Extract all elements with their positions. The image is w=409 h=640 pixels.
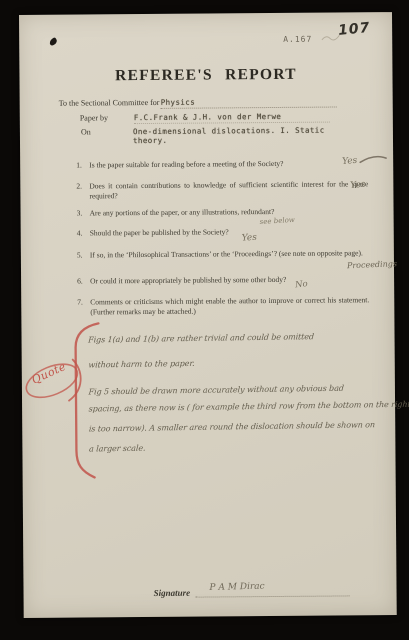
report-title: REFEREE'S REPORT xyxy=(19,65,392,86)
question-3-text: Are any portions of the paper, or any il… xyxy=(90,206,369,218)
answer-q5-handwritten: Proceedings xyxy=(347,259,397,270)
question-4-text: Should the paper be published by the Soc… xyxy=(90,226,369,238)
red-quote-note: Quote xyxy=(30,360,68,387)
question-4-number: 4. xyxy=(77,229,83,239)
paper-by-value: F.C.Frank & J.H. von der Merwe xyxy=(134,112,330,125)
question-2: 2. Does it contain contributions to know… xyxy=(76,179,368,202)
committee-label: To the Sectional Committee for xyxy=(59,98,160,108)
question-4: 4. Should the paper be published by the … xyxy=(77,226,369,238)
paper-title-value: One-dimensional dislocations. I. Static … xyxy=(133,125,359,146)
comment-line: is too narrow). A smaller area round the… xyxy=(89,420,376,433)
question-7: 7. Comments or criticisms which might en… xyxy=(77,295,369,318)
ink-blot-mark xyxy=(48,37,58,47)
question-6: 6. Or could it more appropriately be pub… xyxy=(77,274,369,286)
comment-line: spacing, as there now is ( for example t… xyxy=(88,400,409,414)
committee-value: Physics xyxy=(161,97,337,109)
question-1: 1. Is the paper suitable for reading bef… xyxy=(76,158,368,170)
signature-label: Signature xyxy=(154,588,191,598)
comment-line: Fig 5 should be drawn more accurately wi… xyxy=(88,384,344,397)
comment-line: Figs 1(a) and 1(b) are rather trivial an… xyxy=(88,332,314,344)
question-7-number: 7. xyxy=(77,298,83,308)
question-3: 3. Are any portions of the paper, or any… xyxy=(77,206,369,218)
question-6-number: 6. xyxy=(77,277,83,287)
paper-by-label: Paper by xyxy=(80,113,108,122)
question-5-text: If so, in the ‘Philosophical Transaction… xyxy=(90,248,369,260)
question-5: 5. If so, in the ‘Philosophical Transact… xyxy=(77,248,369,260)
reference-number: A.167 xyxy=(283,35,312,44)
red-bracket-mark xyxy=(75,323,99,477)
question-2-text: Does it contain contributions to knowled… xyxy=(89,179,368,201)
answer-q6-handwritten: No xyxy=(295,279,308,290)
answer-q2-handwritten: Yes xyxy=(350,180,366,192)
answer-q3-handwritten: see below xyxy=(259,216,295,226)
question-3-number: 3. xyxy=(77,209,83,219)
on-label: On xyxy=(81,127,91,136)
red-paren-mark xyxy=(69,360,81,401)
question-2-number: 2. xyxy=(76,182,82,192)
answer-q1-handwritten: Yes xyxy=(342,156,358,167)
comment-line: a larger scale. xyxy=(89,444,146,454)
question-7-text: Comments or criticisms which might enabl… xyxy=(90,295,369,317)
referee-report-page: A.167 107 REFEREE'S REPORT To the Sectio… xyxy=(19,12,397,618)
comment-line: without harm to the paper. xyxy=(88,359,195,370)
handwritten-page-number: 107 xyxy=(337,20,371,39)
answer-q4-handwritten: Yes xyxy=(241,233,257,244)
question-1-text: Is the paper suitable for reading before… xyxy=(89,158,368,170)
question-5-number: 5. xyxy=(77,251,83,261)
question-6-text: Or could it more appropriately be publis… xyxy=(90,274,369,286)
pencil-initials-mark xyxy=(322,35,339,40)
signature-handwritten: P A M Dirac xyxy=(209,582,264,593)
question-1-number: 1. xyxy=(76,161,82,171)
